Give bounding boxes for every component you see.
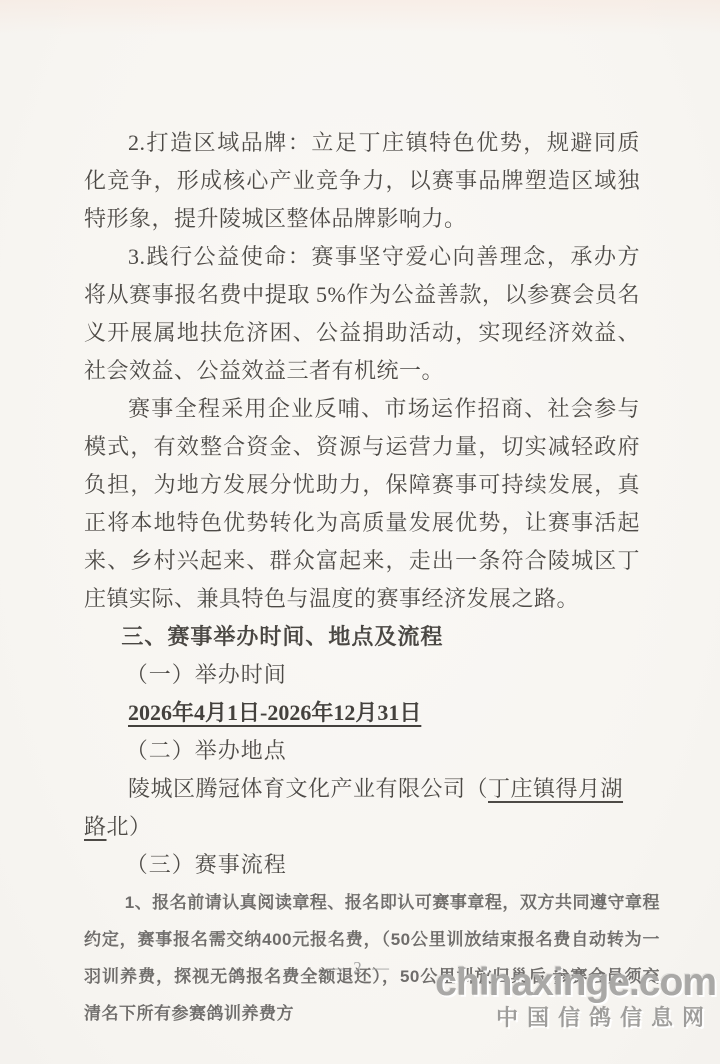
event-date-line: 2026年4月1日-2026年12月31日 <box>84 694 640 732</box>
chinaxinge-watermark: chinaxinge.com 中国信鸽信息网 <box>435 962 716 1031</box>
event-date-range: 2026年4月1日-2026年12月31日 <box>128 700 421 725</box>
subsection-venue-label: （二）举办地点 <box>84 732 640 770</box>
paragraph-region-brand: 2.打造区域品牌：立足丁庄镇特色优势，规避同质化竞争，形成核心产业竞争力，以赛事… <box>84 124 640 238</box>
document-content: 2.打造区域品牌：立足丁庄镇特色优势，规避同质化竞争，形成核心产业竞争力，以赛事… <box>84 124 640 1032</box>
paragraph-operation-model: 赛事全程采用企业反哺、市场运作招商、社会参与模式，有效整合资金、资源与运营力量，… <box>84 390 640 618</box>
paragraph-charity-mission: 3.践行公益使命：赛事坚守爱心向善理念，承办方将从赛事报名费中提取 5%作为公益… <box>84 238 640 390</box>
watermark-site-chinese: 中国信鸽信息网 <box>435 1005 716 1031</box>
venue-address-suffix: 北） <box>107 814 152 839</box>
section-heading-three: 三、赛事举办时间、地点及流程 <box>84 618 640 656</box>
watermark-site-text: chinaxinge.com <box>435 962 716 1004</box>
subsection-time-label: （一）举办时间 <box>84 656 640 694</box>
venue-line: 陵城区腾冠体育文化产业有限公司（丁庄镇得月湖路北） <box>84 770 640 846</box>
subsection-flow-label: （三）赛事流程 <box>84 846 640 884</box>
page-number: — 2 — <box>326 956 392 980</box>
scanned-document-page: 2.打造区域品牌：立足丁庄镇特色优势，规避同质化竞争，形成核心产业竞争力，以赛事… <box>0 0 720 1064</box>
venue-company-name: 陵城区腾冠体育文化产业有限公司（ <box>128 776 488 801</box>
